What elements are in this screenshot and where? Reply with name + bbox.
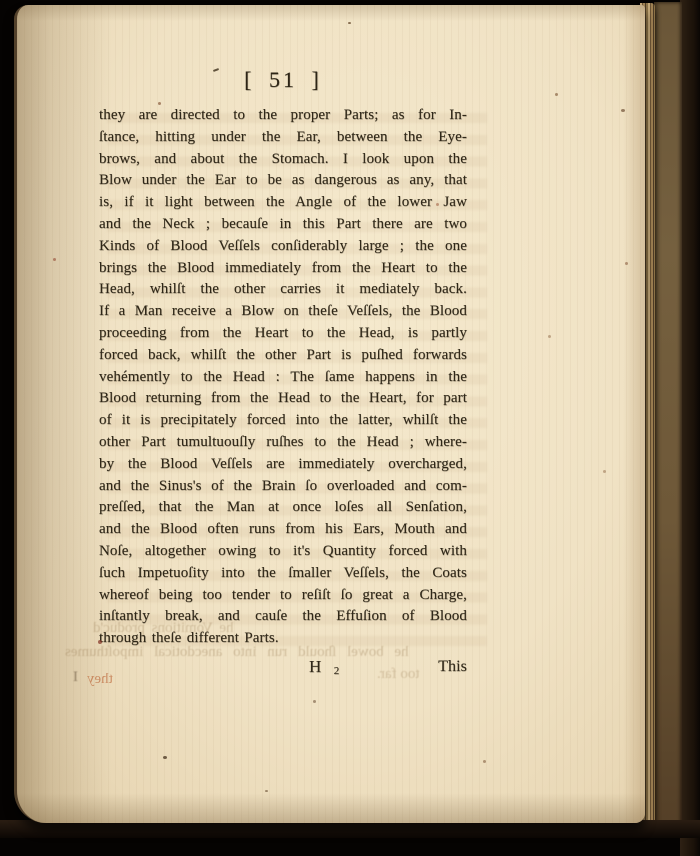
text-line: proceeding from the Heart to the Head, i… xyxy=(99,323,467,345)
text-line: through theſe different Parts. xyxy=(99,628,467,650)
ink-speck xyxy=(53,258,56,261)
book-page: [ 51 ] they are directed to the proper P… xyxy=(14,5,645,823)
ink-speck xyxy=(555,93,558,96)
ink-speck xyxy=(348,22,351,24)
text-line: Noſe, altogether owing to it's Quantity … xyxy=(99,541,467,563)
ink-speck xyxy=(265,790,268,792)
text-line: whereof being too tender to reſiſt ſo gr… xyxy=(99,585,467,607)
text-line: and the Neck ; becauſe in this Part ther… xyxy=(99,214,467,236)
text-line: If a Man receive a Blow on theſe Veſſels… xyxy=(99,301,467,323)
text-line: and the Sinus's of the Brain ſo overload… xyxy=(99,476,467,498)
text-line: is, if it light between the Angle of the… xyxy=(99,192,467,214)
ink-speck xyxy=(625,262,628,265)
text-line: inſtantly break, and cauſe the Effuſion … xyxy=(99,606,467,628)
bleedthrough-text: I xyxy=(73,669,78,686)
text-line: they are directed to the proper Parts; a… xyxy=(99,105,467,127)
catchword: This xyxy=(438,656,467,678)
signature-number: 2 xyxy=(334,665,340,677)
text-line: brings the Blood immediately from the He… xyxy=(99,258,467,280)
body-text: they are directed to the proper Parts; a… xyxy=(99,105,467,680)
ink-speck xyxy=(313,700,316,703)
text-line: by the Blood Veſſels are immediately ove… xyxy=(99,454,467,476)
book-cover-band xyxy=(654,2,682,832)
text-line: ſuch Impetuoſity into the ſmaller Veſſel… xyxy=(99,563,467,585)
text-line: Blood returning from the Head to the Hea… xyxy=(99,388,467,410)
book-cover-edge xyxy=(680,0,700,856)
text-line: Blow under the Ear to be as dangerous as… xyxy=(99,170,467,192)
text-line: ſtance, hitting under the Ear, between t… xyxy=(99,127,467,149)
text-line: Kinds of Blood Veſſels conſiderably larg… xyxy=(99,236,467,258)
text-line: other Part tumultuouſly ruſhes to the He… xyxy=(99,432,467,454)
text-line: brows, and about the Stomach. I look upo… xyxy=(99,149,467,171)
page-number: [ 51 ] xyxy=(99,67,467,93)
text-line: vehémently to the Head : The ſame happen… xyxy=(99,367,467,389)
ink-speck xyxy=(483,760,486,763)
ink-speck xyxy=(621,109,625,112)
ink-speck xyxy=(548,335,551,338)
ink-speck xyxy=(603,470,606,473)
book-scan-scene: [ 51 ] they are directed to the proper P… xyxy=(0,0,700,856)
ink-speck xyxy=(163,756,167,759)
signature-mark: H 2 xyxy=(309,656,339,681)
text-line: of it is precipitately forced into the l… xyxy=(99,410,467,432)
text-line: Head, whilſt the other carries it mediat… xyxy=(99,279,467,301)
signature-line: H 2 This xyxy=(99,656,467,680)
text-line: forced back, whilſt the other Part is pu… xyxy=(99,345,467,367)
text-line: preſſed, that the Man at once loſes all … xyxy=(99,497,467,519)
signature-letter: H xyxy=(309,657,321,676)
text-line: and the Blood often runs from his Ears, … xyxy=(99,519,467,541)
